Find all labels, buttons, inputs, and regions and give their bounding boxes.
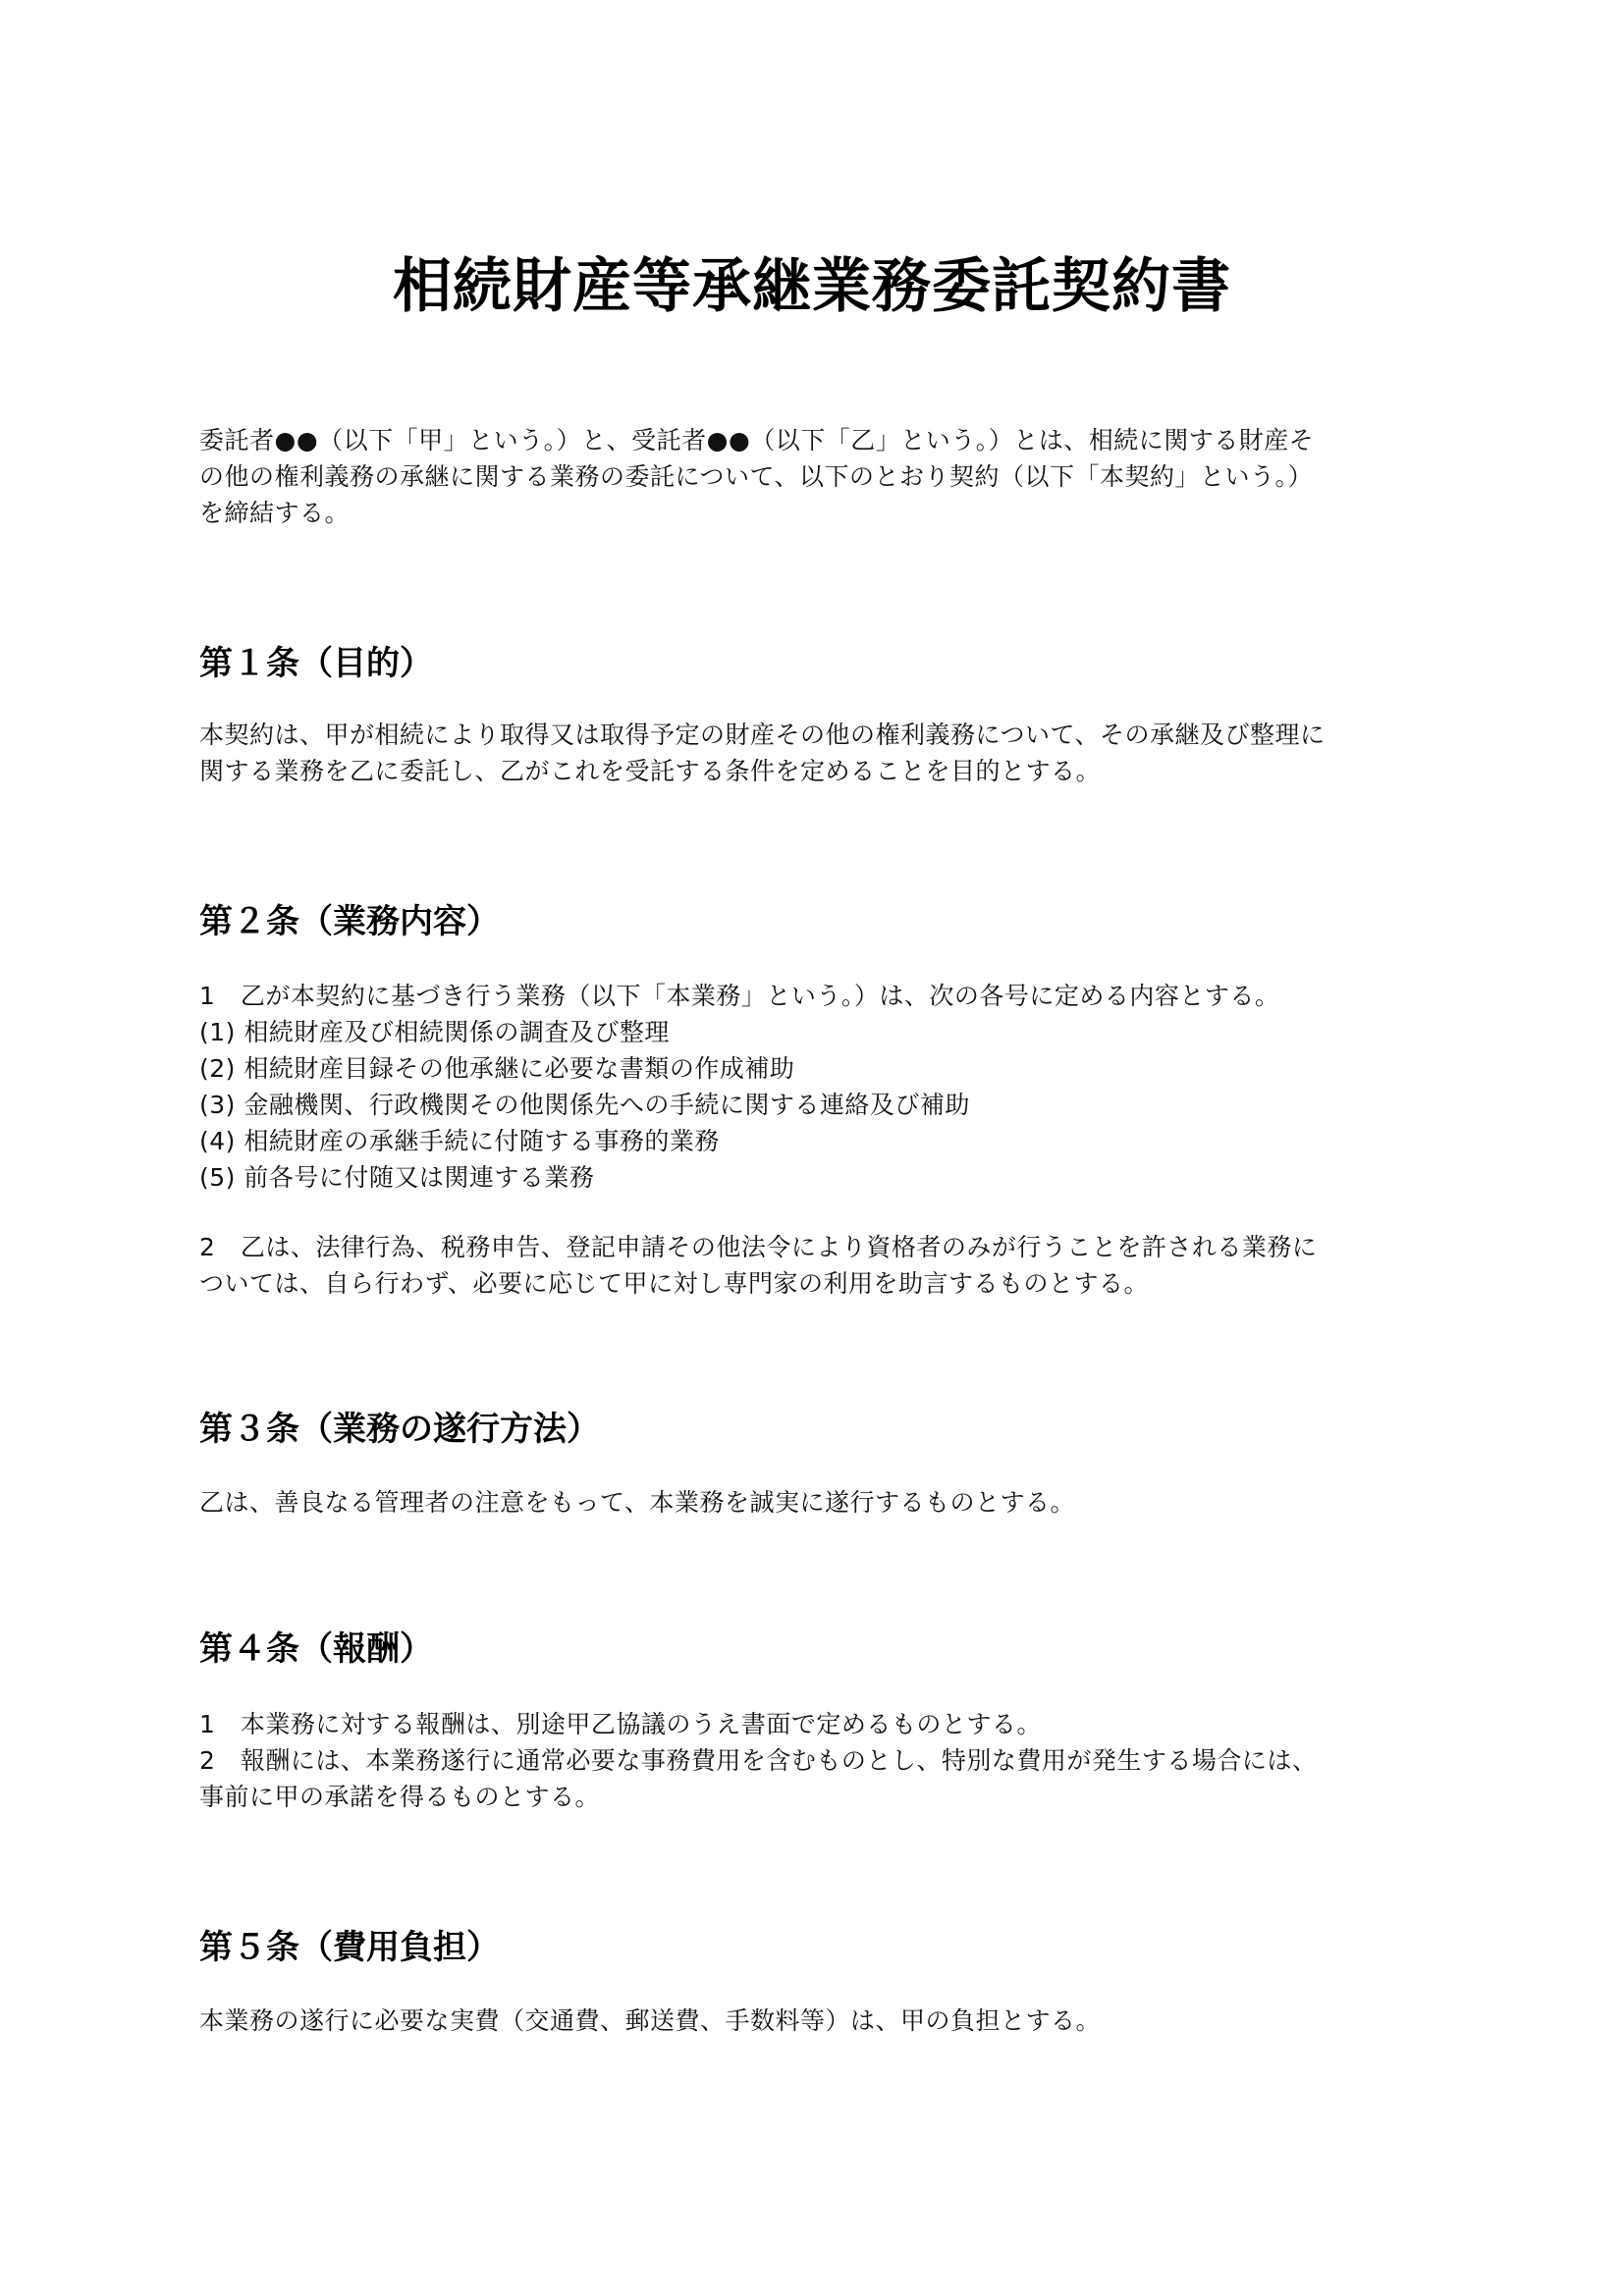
text-line: 2 報酬には、本業務遂行に通常必要な事務費用を含むものとし、特別な費用が発生する…	[199, 1742, 1436, 1779]
article-heading: 第２条（業務内容）	[199, 898, 1436, 945]
text-line: 1 本業務に対する報酬は、別途甲乙協議のうえ書面で定めるものとする。	[199, 1706, 1436, 1742]
text-line: 委託者●●（以下「甲」という。）と、受託者●●（以下「乙」という。）とは、相続に…	[199, 422, 1436, 458]
preamble-paragraph: 委託者●●（以下「甲」という。）と、受託者●●（以下「乙」という。）とは、相続に…	[199, 422, 1436, 531]
article-2: 第２条（業務内容）	[199, 898, 1436, 945]
article-heading: 第４条（報酬）	[199, 1626, 1436, 1673]
article-heading: 第１条（目的）	[199, 640, 1436, 687]
text-line: 乙は、善良なる管理者の注意をもって、本業務を誠実に遂行するものとする。	[199, 1484, 1436, 1521]
text-line: 本業務の遂行に必要な実費（交通費、郵送費、手数料等）は、甲の負担とする。	[199, 2002, 1436, 2039]
article-paragraph: 乙は、善良なる管理者の注意をもって、本業務を誠実に遂行するものとする。	[199, 1484, 1436, 1521]
text-line: 1 乙が本契約に基づき行う業務（以下「本業務」という。）は、次の各号に定める内容…	[199, 978, 1436, 1014]
article-4: 第４条（報酬）	[199, 1626, 1436, 1673]
list-item: (1) 相続財産及び相続関係の調査及び整理	[199, 1014, 1436, 1050]
list-item: (3) 金融機関、行政機関その他関係先への手続に関する連絡及び補助	[199, 1087, 1436, 1123]
text-line: ついては、自ら行わず、必要に応じて甲に対し専門家の利用を助言するものとする。	[199, 1265, 1436, 1302]
article-3-body: 乙は、善良なる管理者の注意をもって、本業務を誠実に遂行するものとする。	[199, 1484, 1436, 1521]
list-item: (4) 相続財産の承継手続に付随する事務的業務	[199, 1123, 1436, 1159]
article-5-body: 本業務の遂行に必要な実費（交通費、郵送費、手数料等）は、甲の負担とする。	[199, 2002, 1436, 2039]
article-2-body: 1 乙が本契約に基づき行う業務（以下「本業務」という。）は、次の各号に定める内容…	[199, 978, 1436, 1196]
article-paragraph: 本契約は、甲が相続により取得又は取得予定の財産その他の権利義務について、その承継…	[199, 717, 1436, 789]
numbered-list: (1) 相続財産及び相続関係の調査及び整理 (2) 相続財産目録その他承継に必要…	[199, 1014, 1436, 1196]
article-2-clause-2: 2 乙は、法律行為、税務申告、登記申請その他法令により資格者のみが行うことを許さ…	[199, 1229, 1436, 1302]
article-3: 第３条（業務の遂行方法）	[199, 1406, 1436, 1453]
text-line: 関する業務を乙に委託し、乙がこれを受託する条件を定めることを目的とする。	[199, 753, 1436, 789]
text-line: 事前に甲の承諾を得るものとする。	[199, 1779, 1436, 1815]
text-line: を締結する。	[199, 495, 1436, 531]
text-line: の他の権利義務の承継に関する業務の委託について、以下のとおり契約（以下「本契約」…	[199, 458, 1436, 495]
preamble: 委託者●●（以下「甲」という。）と、受託者●●（以下「乙」という。）とは、相続に…	[199, 422, 1436, 531]
document-title: 相続財産等承継業務委託契約書	[0, 247, 1624, 326]
article-heading: 第５条（費用負担）	[199, 1924, 1436, 1971]
document-page: 相続財産等承継業務委託契約書 委託者●●（以下「甲」という。）と、受託者●●（以…	[0, 0, 1624, 2296]
article-paragraph: 1 本業務に対する報酬は、別途甲乙協議のうえ書面で定めるものとする。2 報酬には…	[199, 1706, 1436, 1815]
article-4-body: 1 本業務に対する報酬は、別途甲乙協議のうえ書面で定めるものとする。2 報酬には…	[199, 1706, 1436, 1815]
article-5: 第５条（費用負担）	[199, 1924, 1436, 1971]
article-paragraph: 本業務の遂行に必要な実費（交通費、郵送費、手数料等）は、甲の負担とする。	[199, 2002, 1436, 2039]
text-line: 2 乙は、法律行為、税務申告、登記申請その他法令により資格者のみが行うことを許さ…	[199, 1229, 1436, 1265]
article-paragraph: 2 乙は、法律行為、税務申告、登記申請その他法令により資格者のみが行うことを許さ…	[199, 1229, 1436, 1302]
text-line: 本契約は、甲が相続により取得又は取得予定の財産その他の権利義務について、その承継…	[199, 717, 1436, 753]
article-paragraph: 1 乙が本契約に基づき行う業務（以下「本業務」という。）は、次の各号に定める内容…	[199, 978, 1436, 1014]
list-item: (5) 前各号に付随又は関連する業務	[199, 1159, 1436, 1196]
article-1: 第１条（目的）	[199, 640, 1436, 687]
list-item: (2) 相続財産目録その他承継に必要な書類の作成補助	[199, 1050, 1436, 1087]
article-heading: 第３条（業務の遂行方法）	[199, 1406, 1436, 1453]
article-1-body: 本契約は、甲が相続により取得又は取得予定の財産その他の権利義務について、その承継…	[199, 717, 1436, 789]
